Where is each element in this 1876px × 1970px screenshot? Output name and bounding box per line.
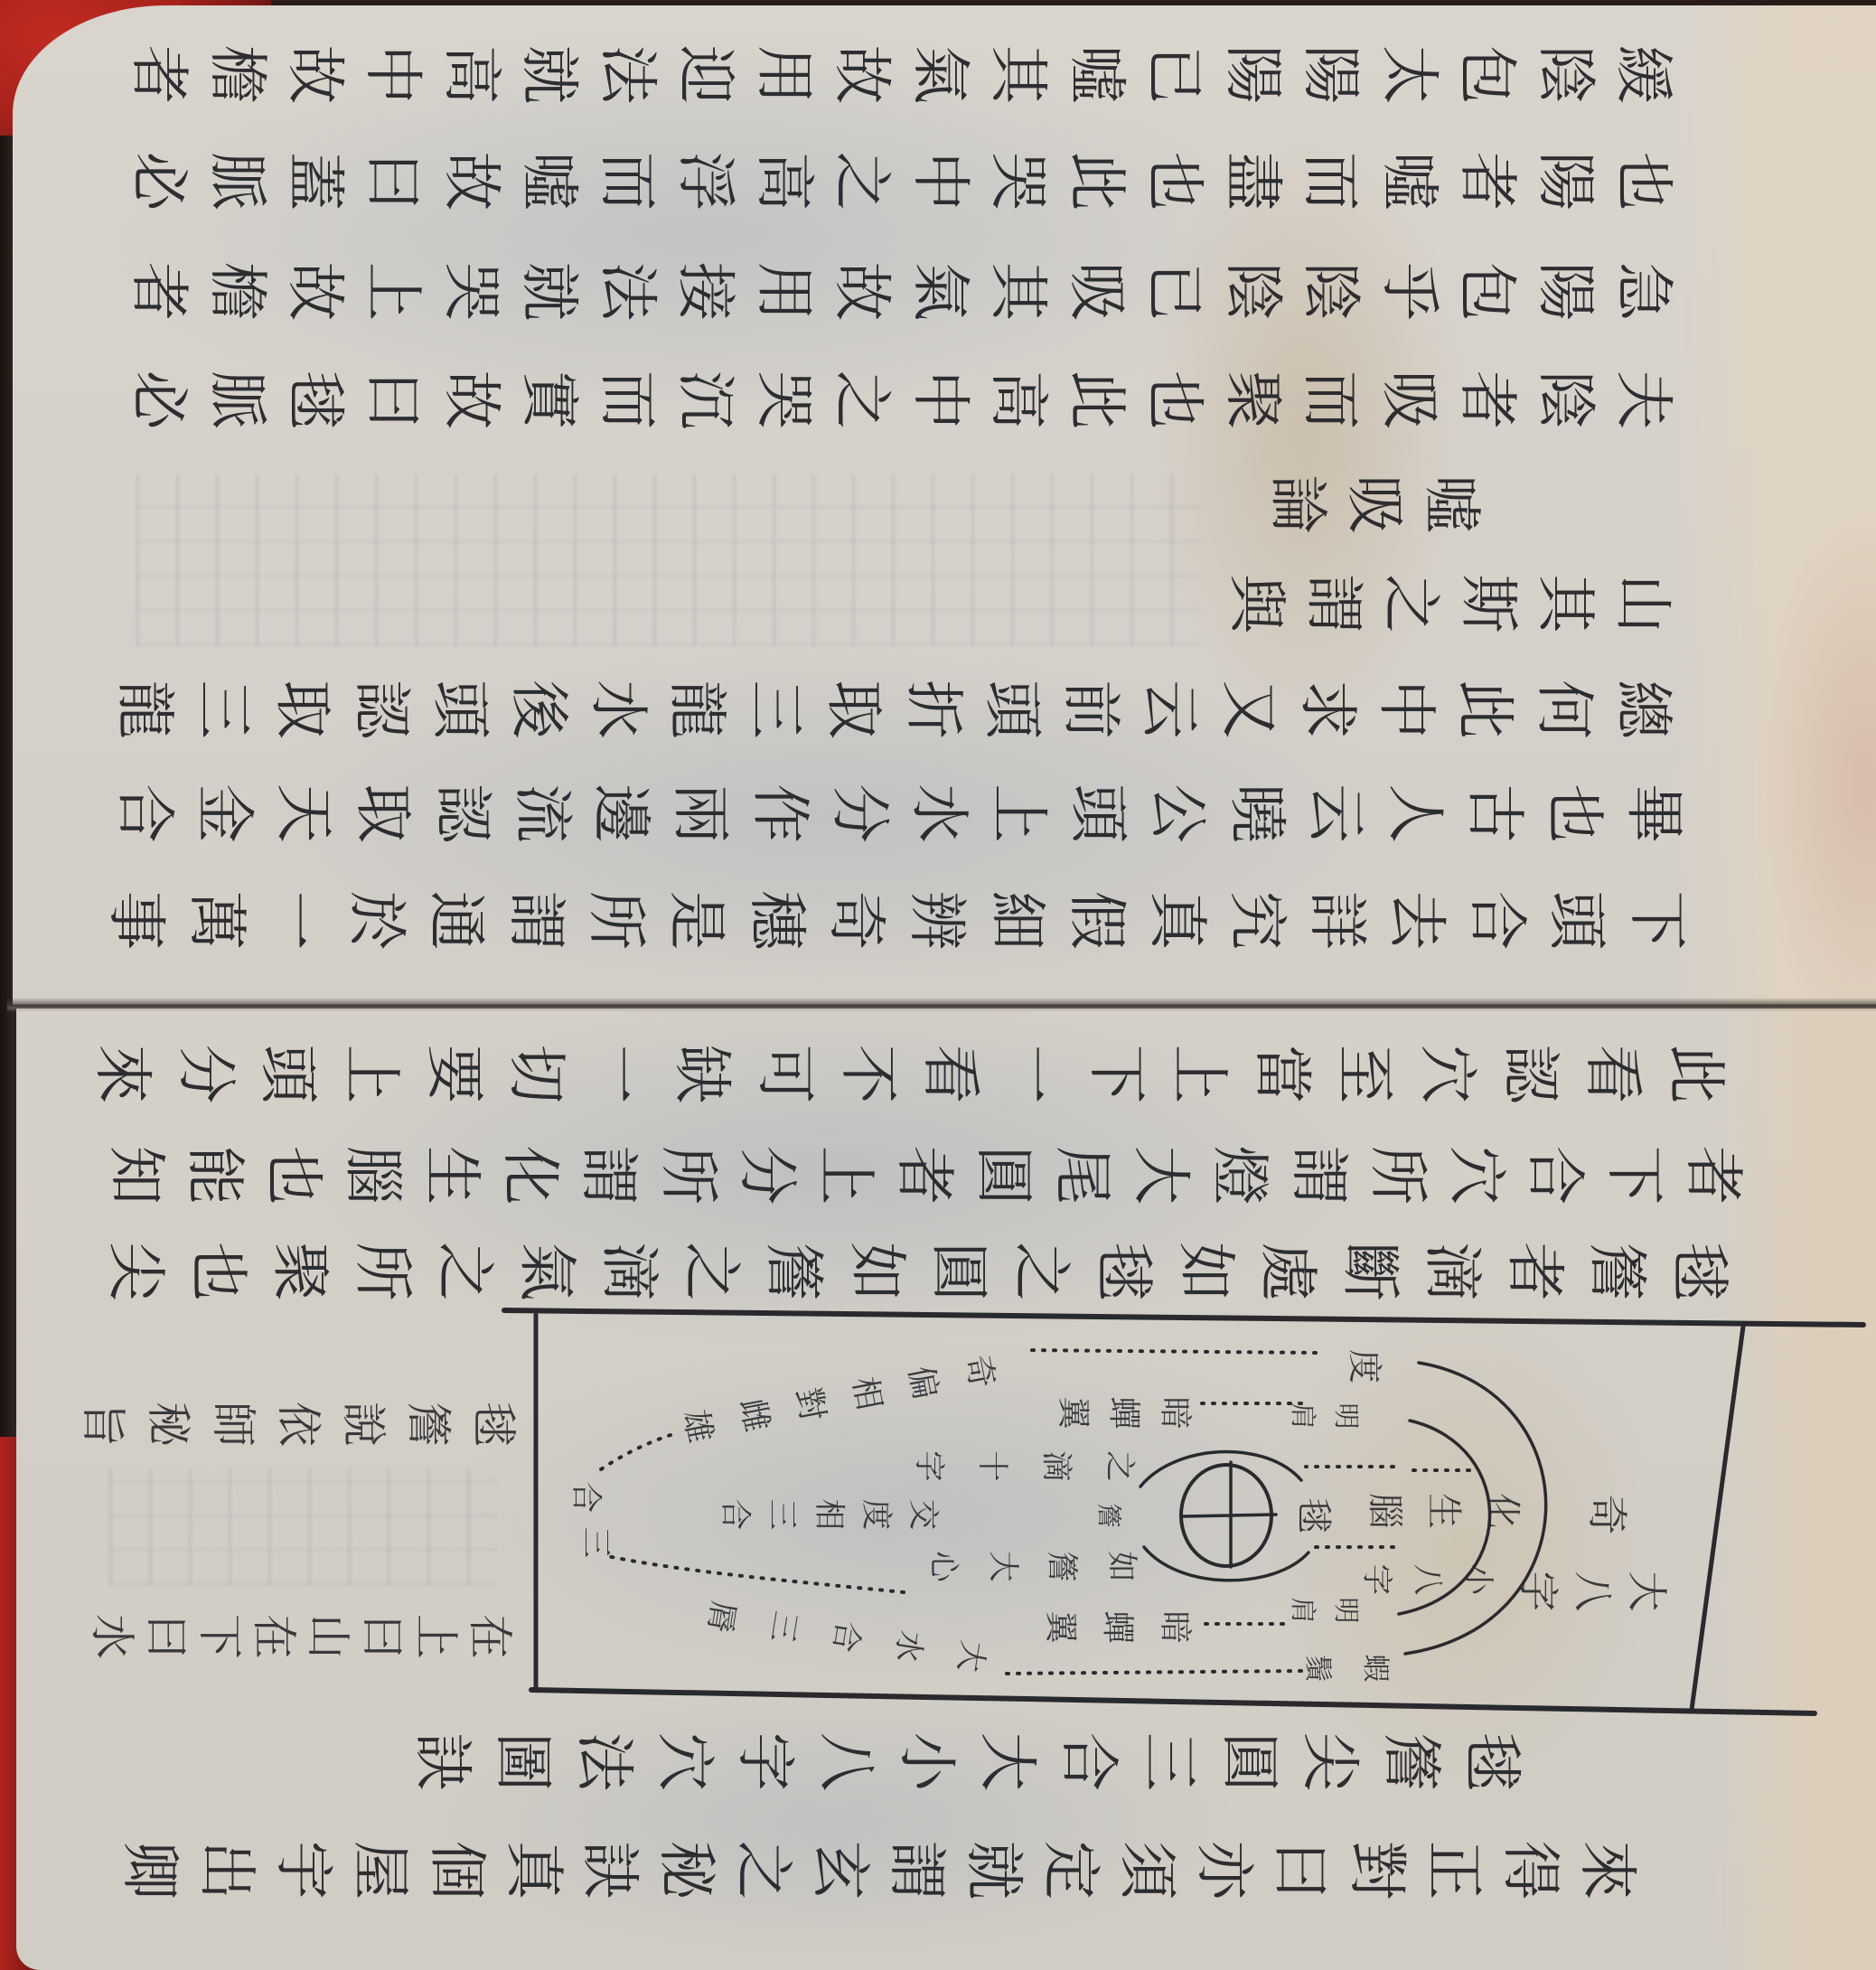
character: 一 bbox=[261, 886, 330, 954]
character: 取 bbox=[349, 779, 417, 848]
character: 切 bbox=[502, 1039, 570, 1108]
character: 對 bbox=[788, 1382, 832, 1426]
character: 哭 bbox=[749, 365, 818, 434]
character: 與 bbox=[1222, 569, 1290, 638]
character: 亦 bbox=[1189, 1835, 1258, 1904]
character: 穴 bbox=[1441, 1140, 1510, 1209]
figure-label: 明肩 bbox=[1288, 1401, 1362, 1431]
character: 出 bbox=[192, 1835, 260, 1904]
character: 玄 bbox=[805, 1835, 874, 1904]
character: 頭 bbox=[1542, 886, 1610, 954]
text-column: 也陽者噓而盡也此哭中之高浮而噓故曰蓋脈必 bbox=[124, 146, 1677, 215]
character: 流 bbox=[508, 779, 577, 848]
character: 蟬 bbox=[1105, 1393, 1143, 1431]
character: 上 bbox=[811, 1140, 879, 1209]
character: 謂 bbox=[502, 886, 570, 954]
character: 一 bbox=[999, 1039, 1067, 1108]
section-heading: 噓吸論 bbox=[1263, 470, 1486, 539]
character: 下 bbox=[1082, 1039, 1150, 1108]
character: 所 bbox=[653, 1140, 722, 1209]
character: 度 bbox=[1345, 1346, 1384, 1386]
character: 腦 bbox=[338, 1140, 407, 1209]
character: 明 bbox=[1331, 1401, 1362, 1431]
character: 謂 bbox=[1299, 569, 1368, 638]
character: 卿 bbox=[115, 1835, 183, 1904]
character: 秘 bbox=[652, 1835, 720, 1904]
character: 鬚 bbox=[1301, 1652, 1334, 1684]
character: 度 bbox=[858, 1496, 894, 1533]
character: 簷 bbox=[759, 1237, 828, 1306]
character: 雄 bbox=[675, 1404, 719, 1449]
character: 用 bbox=[749, 40, 818, 108]
character: 曉 bbox=[1223, 779, 1291, 848]
character: 水 bbox=[905, 779, 973, 848]
character: 須 bbox=[1112, 1835, 1181, 1904]
character: 而 bbox=[593, 365, 661, 434]
character: 畢 bbox=[1619, 779, 1688, 848]
figure-label: 小八字 bbox=[1358, 1562, 1496, 1598]
character: 如 bbox=[842, 1237, 911, 1306]
character: 也 bbox=[259, 1140, 328, 1209]
character: 認 bbox=[428, 779, 497, 848]
character: 奇 bbox=[957, 1349, 1001, 1393]
text-column: 山其斯之謂與 bbox=[1222, 569, 1677, 638]
character: 尖 bbox=[101, 1237, 170, 1306]
character: 滴 bbox=[595, 1237, 663, 1306]
character: 故 bbox=[436, 365, 505, 434]
character: 高 bbox=[436, 40, 505, 108]
character: 邊 bbox=[586, 779, 655, 848]
character: 之 bbox=[430, 1237, 499, 1306]
character: 合 bbox=[567, 1479, 604, 1515]
figure-label: 三 bbox=[577, 1524, 614, 1561]
character: 上 bbox=[336, 1039, 405, 1108]
character: 說 bbox=[337, 1398, 389, 1450]
character: 曰 bbox=[359, 365, 427, 434]
character: 前 bbox=[1056, 675, 1125, 744]
character: 缺 bbox=[668, 1039, 736, 1108]
character: 大 bbox=[1126, 1140, 1195, 1209]
character: 真 bbox=[499, 1835, 567, 1904]
character: 處 bbox=[1253, 1237, 1322, 1306]
text-column: 者下合穴所謂燈大尾圓者上分所謂化生腦也能知 bbox=[101, 1140, 1747, 1209]
character: 故 bbox=[827, 40, 896, 108]
character: 蓋 bbox=[280, 146, 349, 215]
character: 此 bbox=[1062, 365, 1130, 434]
figure-label: 之滴十字 bbox=[910, 1448, 1137, 1484]
character: 化 bbox=[1481, 1490, 1523, 1532]
character: 毬 bbox=[1292, 1495, 1334, 1536]
character: 交 bbox=[905, 1496, 941, 1533]
character: 細 bbox=[981, 886, 1050, 954]
character: 就 bbox=[959, 1835, 1027, 1904]
text-column: 來得正對曰亦須定就謂玄之秘訣真個屋宇出卿 bbox=[115, 1835, 1641, 1904]
character: 小 bbox=[1459, 1562, 1496, 1598]
character: 所 bbox=[1363, 1140, 1431, 1209]
character: 浮 bbox=[671, 146, 739, 215]
character: 曰 bbox=[140, 1610, 192, 1663]
character: 氣 bbox=[905, 257, 974, 325]
character: 故 bbox=[827, 257, 896, 325]
character: 之 bbox=[1101, 1448, 1137, 1484]
character: 事 bbox=[101, 886, 170, 954]
character: 者 bbox=[124, 257, 192, 325]
character: 者 bbox=[1678, 1140, 1747, 1209]
character: 上 bbox=[984, 779, 1053, 848]
character: 謂 bbox=[575, 1140, 643, 1209]
character: 也 bbox=[183, 1237, 252, 1306]
character: 所 bbox=[348, 1237, 417, 1306]
character: 來 bbox=[88, 1039, 156, 1108]
character: 三 bbox=[741, 675, 810, 744]
character: 脈 bbox=[202, 146, 271, 215]
character: 陰 bbox=[1296, 257, 1365, 325]
character: 已 bbox=[1140, 40, 1208, 108]
character: 斷 bbox=[1336, 1237, 1404, 1306]
character: 生 bbox=[1422, 1490, 1464, 1532]
character: 訣 bbox=[408, 1727, 476, 1796]
character: 中 bbox=[1372, 675, 1440, 744]
character: 脈 bbox=[202, 365, 271, 434]
character: 究 bbox=[1222, 886, 1290, 954]
character: 云 bbox=[1301, 779, 1370, 848]
character: 急 bbox=[1609, 257, 1677, 325]
character: 八 bbox=[1409, 1562, 1445, 1598]
character: 脣 bbox=[700, 1596, 742, 1637]
figure-label: 如簷大心 bbox=[924, 1548, 1139, 1584]
character: 氣 bbox=[905, 40, 974, 108]
figure-label: 毬 bbox=[1292, 1495, 1334, 1536]
character: 也 bbox=[1140, 365, 1208, 434]
character: 者 bbox=[890, 1140, 959, 1209]
character: 之 bbox=[827, 146, 896, 215]
character: 依 bbox=[272, 1398, 324, 1450]
character: 八 bbox=[1569, 1568, 1616, 1615]
character: 者 bbox=[1452, 365, 1521, 434]
character: 此 bbox=[1062, 146, 1130, 215]
character: 毬 bbox=[467, 1398, 520, 1450]
bleed-through-ink bbox=[136, 474, 1202, 646]
character: 下 bbox=[1599, 1140, 1668, 1209]
character: 折 bbox=[899, 675, 968, 744]
character: 秘 bbox=[142, 1398, 194, 1450]
character: 相 bbox=[811, 1496, 847, 1533]
figure-title-column: 毬簷尖圓三合大小八字穴法圖訣 bbox=[408, 1727, 1525, 1796]
character: 知 bbox=[101, 1140, 170, 1209]
character: 在 bbox=[248, 1610, 300, 1663]
character: 大 bbox=[984, 1548, 1020, 1584]
character: 法 bbox=[593, 257, 661, 325]
character: 噓 bbox=[1062, 40, 1130, 108]
character: 曰 bbox=[1265, 1835, 1334, 1904]
character: 頭 bbox=[1064, 779, 1132, 848]
text-column: 夫陰者吸而聚也此高中之哭沉而實故曰毬脈必 bbox=[124, 365, 1677, 434]
character: 合 bbox=[825, 1616, 867, 1657]
character: 當 bbox=[1247, 1039, 1316, 1108]
character: 穗 bbox=[742, 886, 811, 954]
character: 云 bbox=[1136, 675, 1205, 744]
character: 者 bbox=[1452, 146, 1521, 215]
text-column: 畢也古人云曉公頭上水分作兩邊流認取天金合 bbox=[110, 779, 1688, 848]
character: 高 bbox=[749, 146, 818, 215]
character: 滴 bbox=[1037, 1448, 1074, 1484]
character: 接 bbox=[671, 257, 739, 325]
character: 又 bbox=[1215, 675, 1283, 744]
character: 大 bbox=[972, 1727, 1041, 1796]
character: 也 bbox=[1140, 146, 1208, 215]
character: 如 bbox=[1102, 1548, 1139, 1584]
character: 哭 bbox=[983, 146, 1052, 215]
character: 中 bbox=[905, 365, 974, 434]
character: 法 bbox=[569, 1727, 638, 1796]
character: 此 bbox=[1451, 675, 1520, 744]
character: 尖 bbox=[1295, 1727, 1364, 1796]
character: 合 bbox=[110, 779, 179, 848]
character: 合 bbox=[1521, 1140, 1590, 1209]
character: 吸 bbox=[1062, 257, 1130, 325]
character: 化 bbox=[495, 1140, 564, 1209]
character: 緩 bbox=[1609, 40, 1677, 108]
character: 認 bbox=[347, 675, 416, 744]
character: 陰 bbox=[1218, 257, 1287, 325]
character: 合 bbox=[1462, 886, 1531, 954]
character: 其 bbox=[983, 40, 1052, 108]
character: 於 bbox=[342, 886, 410, 954]
text-column: 下頭合去詳究真假細辨奇穗是所謂通於一萬事 bbox=[101, 886, 1691, 954]
character: 如 bbox=[1171, 1237, 1240, 1306]
character: 斯 bbox=[1454, 569, 1523, 638]
character: 夫 bbox=[1609, 365, 1677, 434]
bleed-through-ink bbox=[108, 1468, 497, 1586]
character: 水 bbox=[584, 675, 652, 744]
character: 而 bbox=[1296, 365, 1365, 434]
character: 用 bbox=[749, 257, 818, 325]
character: 三 bbox=[763, 1606, 804, 1647]
character: 而 bbox=[593, 146, 661, 215]
character: 暗 bbox=[1156, 1608, 1194, 1646]
figure-label: 化生腦 bbox=[1364, 1490, 1523, 1532]
character: 水 bbox=[887, 1626, 929, 1667]
character: 曰 bbox=[359, 146, 427, 215]
character: 暗 bbox=[1156, 1393, 1194, 1431]
character: 字 bbox=[1358, 1562, 1394, 1598]
character: 陰 bbox=[1531, 40, 1599, 108]
character: 要 bbox=[419, 1039, 488, 1108]
figure-label: 奇 bbox=[1583, 1491, 1630, 1538]
character: 真 bbox=[1142, 886, 1211, 954]
character: 陽 bbox=[1296, 40, 1365, 108]
character: 訣 bbox=[575, 1835, 643, 1904]
character: 中 bbox=[359, 40, 427, 108]
character: 毬 bbox=[280, 365, 349, 434]
character: 對 bbox=[1342, 1835, 1411, 1904]
figure-side-caption: 在上曰山在下曰水 bbox=[86, 1610, 516, 1663]
character: 相 bbox=[845, 1371, 889, 1415]
character: 穴 bbox=[650, 1727, 718, 1796]
character: 其 bbox=[1531, 569, 1599, 638]
character: 者 bbox=[124, 40, 192, 108]
character: 謂 bbox=[1284, 1140, 1353, 1209]
character: 翼 bbox=[1054, 1393, 1092, 1431]
text-column: 毬簷者滴斷處如毬之圓如簷之滴氣之所聚也尖 bbox=[101, 1237, 1733, 1306]
figure-side-caption: 毬簷說依師秘旨 bbox=[77, 1398, 520, 1450]
character: 下 bbox=[193, 1610, 246, 1663]
character: 簷 bbox=[1376, 1727, 1445, 1796]
character: 萬 bbox=[182, 886, 250, 954]
character: 得 bbox=[1496, 1835, 1564, 1904]
figure-label: 明肩 bbox=[1288, 1595, 1362, 1626]
character: 可 bbox=[750, 1039, 819, 1108]
character: 八 bbox=[811, 1727, 880, 1796]
character: 圓 bbox=[1215, 1727, 1283, 1796]
character: 高 bbox=[983, 365, 1052, 434]
character: 哭 bbox=[436, 257, 505, 325]
character: 上 bbox=[409, 1610, 462, 1663]
character: 肩 bbox=[1288, 1401, 1318, 1431]
character: 已 bbox=[1140, 257, 1208, 325]
text-column: 總何此中求又云前頭折取三龍水後頭認取三龍 bbox=[110, 675, 1677, 744]
figure-label: 大八字 bbox=[1515, 1568, 1670, 1615]
character: 噓 bbox=[514, 146, 583, 215]
character: 法 bbox=[593, 40, 661, 108]
character: 所 bbox=[581, 886, 650, 954]
character: 者 bbox=[1500, 1237, 1569, 1306]
character: 不 bbox=[833, 1039, 902, 1108]
character: 簷 bbox=[1094, 1501, 1123, 1530]
character: 來 bbox=[1572, 1835, 1641, 1904]
text-column: 緩陰包太陽陽已噓其氣故用迎法就高中故檐者 bbox=[124, 40, 1677, 108]
figure-label: 合 bbox=[567, 1479, 604, 1515]
figure-label: 簷 bbox=[1094, 1501, 1123, 1530]
character: 偏 bbox=[901, 1360, 945, 1404]
character: 奇 bbox=[821, 886, 890, 954]
figure-label: 暗蟬翼 bbox=[1054, 1393, 1194, 1431]
character: 看 bbox=[1578, 1039, 1646, 1108]
character: 必 bbox=[124, 365, 192, 434]
character: 吸 bbox=[1340, 470, 1409, 539]
character: 求 bbox=[1293, 675, 1362, 744]
character: 檐 bbox=[202, 40, 271, 108]
character: 明 bbox=[1331, 1595, 1362, 1626]
character: 之 bbox=[1376, 569, 1445, 638]
character: 三 bbox=[577, 1524, 614, 1561]
character: 頭 bbox=[426, 675, 494, 744]
character: 毬 bbox=[1665, 1237, 1733, 1306]
character: 迎 bbox=[671, 40, 739, 108]
character: 毬 bbox=[1089, 1237, 1158, 1306]
character: 三 bbox=[190, 675, 258, 744]
character: 此 bbox=[1661, 1039, 1730, 1108]
figure-label: 度 bbox=[1345, 1346, 1384, 1386]
character: 毬 bbox=[1457, 1727, 1525, 1796]
character: 龍 bbox=[662, 675, 731, 744]
text-column: 急陽包乎陰陰已吸其氣故用接法就哭上故檐者 bbox=[124, 257, 1677, 325]
character: 兩 bbox=[666, 779, 735, 848]
character: 詳 bbox=[1302, 886, 1371, 954]
character: 聚 bbox=[1218, 365, 1287, 434]
character: 一 bbox=[585, 1039, 653, 1108]
character: 取 bbox=[821, 675, 889, 744]
character: 也 bbox=[1609, 146, 1677, 215]
character: 包 bbox=[1452, 40, 1521, 108]
character: 分 bbox=[171, 1039, 239, 1108]
character: 簷 bbox=[1043, 1548, 1079, 1584]
character: 三 bbox=[1134, 1727, 1203, 1796]
character: 肩 bbox=[1288, 1595, 1318, 1626]
character: 蟬 bbox=[1099, 1608, 1137, 1646]
character: 上 bbox=[359, 257, 427, 325]
character: 字 bbox=[730, 1727, 799, 1796]
character: 水 bbox=[86, 1610, 138, 1663]
character: 去 bbox=[1382, 886, 1450, 954]
character: 頭 bbox=[978, 675, 1046, 744]
character: 心 bbox=[924, 1548, 961, 1584]
character: 雌 bbox=[732, 1393, 776, 1438]
character: 奇 bbox=[1583, 1491, 1630, 1538]
character: 是 bbox=[661, 886, 730, 954]
character: 就 bbox=[514, 40, 583, 108]
character: 聚 bbox=[266, 1237, 334, 1306]
character: 古 bbox=[1460, 779, 1529, 848]
character: 分 bbox=[732, 1140, 801, 1209]
character: 圖 bbox=[488, 1727, 557, 1796]
character: 陽 bbox=[1218, 40, 1287, 108]
character: 必 bbox=[124, 146, 192, 215]
character: 陰 bbox=[1531, 365, 1599, 434]
character: 大 bbox=[950, 1636, 991, 1677]
character: 後 bbox=[505, 675, 574, 744]
character: 大 bbox=[1623, 1568, 1670, 1615]
character: 屋 bbox=[345, 1835, 414, 1904]
character: 簷 bbox=[1582, 1237, 1651, 1306]
character: 陽 bbox=[1531, 257, 1599, 325]
character: 包 bbox=[1452, 257, 1521, 325]
character: 山 bbox=[302, 1610, 354, 1663]
character: 作 bbox=[746, 779, 814, 848]
character: 旨 bbox=[77, 1398, 129, 1450]
text-column: 此看認穴至當上下一看不可缺一切要上頭分來 bbox=[88, 1039, 1730, 1108]
character: 合 bbox=[717, 1496, 753, 1533]
figure-label: 交度相三合 bbox=[717, 1496, 941, 1533]
character: 噓 bbox=[1374, 146, 1443, 215]
character: 中 bbox=[905, 146, 974, 215]
character: 燈 bbox=[1205, 1140, 1274, 1209]
character: 滴 bbox=[1418, 1237, 1487, 1306]
character: 之 bbox=[1007, 1237, 1075, 1306]
character: 蝦 bbox=[1359, 1652, 1392, 1684]
character: 生 bbox=[417, 1140, 485, 1209]
character: 通 bbox=[421, 886, 490, 954]
character: 故 bbox=[280, 257, 349, 325]
character: 定 bbox=[1036, 1835, 1104, 1904]
character: 三 bbox=[764, 1496, 800, 1533]
character: 人 bbox=[1381, 779, 1449, 848]
character: 氣 bbox=[512, 1237, 581, 1306]
character: 至 bbox=[1330, 1039, 1399, 1108]
character: 天 bbox=[269, 779, 338, 848]
character: 盡 bbox=[1218, 146, 1287, 215]
character: 也 bbox=[1540, 779, 1609, 848]
character: 圓 bbox=[969, 1140, 1037, 1209]
character: 實 bbox=[514, 365, 583, 434]
character: 腦 bbox=[1364, 1490, 1405, 1532]
character: 之 bbox=[728, 1835, 797, 1904]
character: 在 bbox=[464, 1610, 516, 1663]
character: 上 bbox=[1164, 1039, 1233, 1108]
book-spine-crease bbox=[7, 998, 1876, 1012]
character: 太 bbox=[1374, 40, 1443, 108]
character: 辨 bbox=[902, 886, 971, 954]
